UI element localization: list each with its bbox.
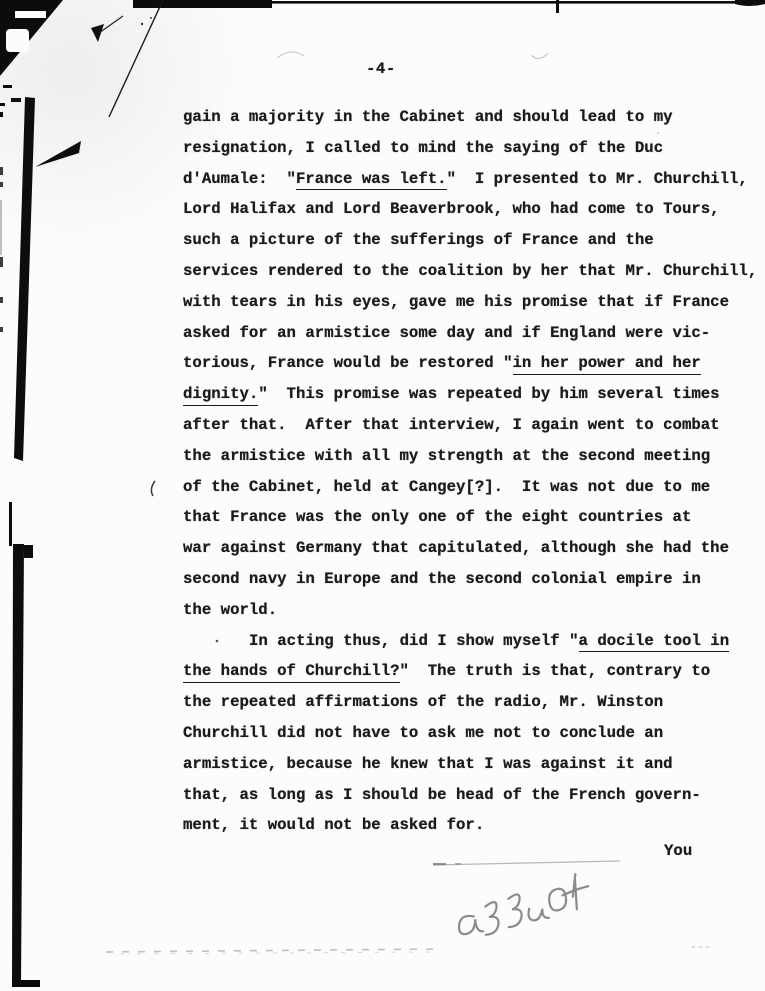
text-segment: war against Germany that capitulated, al… bbox=[183, 539, 729, 557]
page-number: -4- bbox=[366, 60, 396, 78]
text-line: torious, France would be restored "in he… bbox=[183, 348, 765, 379]
text-segment: asked for an armistice some day and if E… bbox=[183, 324, 710, 342]
text-segment: the repeated affirmations of the radio, … bbox=[183, 693, 663, 711]
text-segment: ment, it would not be asked for. bbox=[183, 816, 484, 834]
text-segment: with tears in his eyes, gave me his prom… bbox=[183, 293, 729, 311]
text-segment: gain a majority in the Cabinet and shoul… bbox=[183, 108, 673, 126]
text-segment: resignation, I called to mind the saying… bbox=[183, 139, 663, 157]
text-line: that France was the only one of the eigh… bbox=[183, 502, 765, 533]
text-segment: " The truth is that, contrary to bbox=[400, 662, 711, 680]
bottom-edge-dashed-line bbox=[106, 947, 712, 954]
corner-fold-artifact bbox=[0, 0, 63, 76]
text-line: the world. bbox=[183, 595, 765, 626]
text-line: of the Cabinet, held at Cangey[?]. It wa… bbox=[183, 472, 765, 503]
text-line: with tears in his eyes, gave me his prom… bbox=[183, 287, 765, 318]
text-segment: torious, France would be restored " bbox=[183, 354, 513, 372]
scanned-document-page: -4- gain a majority in the Cabinet and s… bbox=[0, 0, 765, 991]
text-line: armistice, because he knew that I was ag… bbox=[183, 749, 765, 780]
catchword-rule bbox=[433, 861, 620, 865]
text-segment: In acting thus, did I show myself " bbox=[249, 632, 579, 650]
text-line: the repeated affirmations of the radio, … bbox=[183, 687, 765, 718]
underlined-text-segment: dignity. bbox=[183, 385, 258, 406]
text-segment: of the Cabinet, held at Cangey[?]. It wa… bbox=[183, 478, 710, 496]
handwritten-annotation bbox=[453, 872, 593, 939]
document-body-text: gain a majority in the Cabinet and shoul… bbox=[183, 102, 765, 841]
underlined-text-segment: a docile tool in bbox=[579, 632, 730, 653]
text-line: d'Aumale: "France was left." I presented… bbox=[183, 164, 765, 195]
text-line: second navy in Europe and the second col… bbox=[183, 564, 765, 595]
text-line: asked for an armistice some day and if E… bbox=[183, 318, 765, 349]
text-segment: " I presented to Mr. Churchill, bbox=[447, 170, 748, 188]
top-edge-scan-line bbox=[133, 0, 765, 13]
text-segment: that, as long as I should be head of the… bbox=[183, 786, 701, 804]
text-line: Lord Halifax and Lord Beaverbrook, who h… bbox=[183, 194, 765, 225]
text-segment: services rendered to the coalition by he… bbox=[183, 262, 757, 280]
left-edge-scan-bar bbox=[0, 85, 81, 987]
text-line: services rendered to the coalition by he… bbox=[183, 256, 765, 287]
text-segment: Churchill did not have to ask me not to … bbox=[183, 724, 663, 742]
text-segment: that France was the only one of the eigh… bbox=[183, 508, 691, 526]
checkmark-annotation bbox=[91, 16, 123, 42]
text-line: Churchill did not have to ask me not to … bbox=[183, 718, 765, 749]
text-line: that, as long as I should be head of the… bbox=[183, 780, 765, 811]
text-line: dignity." This promise was repeated by h… bbox=[183, 379, 765, 410]
underlined-text-segment: in her power and her bbox=[513, 354, 701, 375]
text-segment: armistice, because he knew that I was ag… bbox=[183, 755, 673, 773]
text-line: such a picture of the sufferings of Fran… bbox=[183, 225, 765, 256]
text-segment: d'Aumale: " bbox=[183, 170, 296, 188]
text-segment: the world. bbox=[183, 601, 277, 619]
text-line: In acting thus, did I show myself "a doc… bbox=[183, 626, 765, 657]
text-line: ment, it would not be asked for. bbox=[183, 810, 765, 841]
text-line: gain a majority in the Cabinet and shoul… bbox=[183, 102, 765, 133]
text-segment: after that. After that interview, I agai… bbox=[183, 416, 720, 434]
text-segment: the armistice with all my strength at th… bbox=[183, 447, 710, 465]
crease-line-artifact bbox=[109, 0, 163, 117]
text-line: resignation, I called to mind the saying… bbox=[183, 133, 765, 164]
text-line: the hands of Churchill?" The truth is th… bbox=[183, 656, 765, 687]
text-line: after that. After that interview, I agai… bbox=[183, 410, 765, 441]
underlined-text-segment: the hands of Churchill? bbox=[183, 662, 400, 683]
catchword: You bbox=[664, 842, 692, 860]
text-segment: " This promise was repeated by him sever… bbox=[258, 385, 719, 403]
underlined-text-segment: France was left. bbox=[296, 170, 447, 191]
text-line: war against Germany that capitulated, al… bbox=[183, 533, 765, 564]
text-line: the armistice with all my strength at th… bbox=[183, 441, 765, 472]
text-segment: Lord Halifax and Lord Beaverbrook, who h… bbox=[183, 200, 720, 218]
text-segment: second navy in Europe and the second col… bbox=[183, 570, 701, 588]
text-segment: such a picture of the sufferings of Fran… bbox=[183, 231, 654, 249]
